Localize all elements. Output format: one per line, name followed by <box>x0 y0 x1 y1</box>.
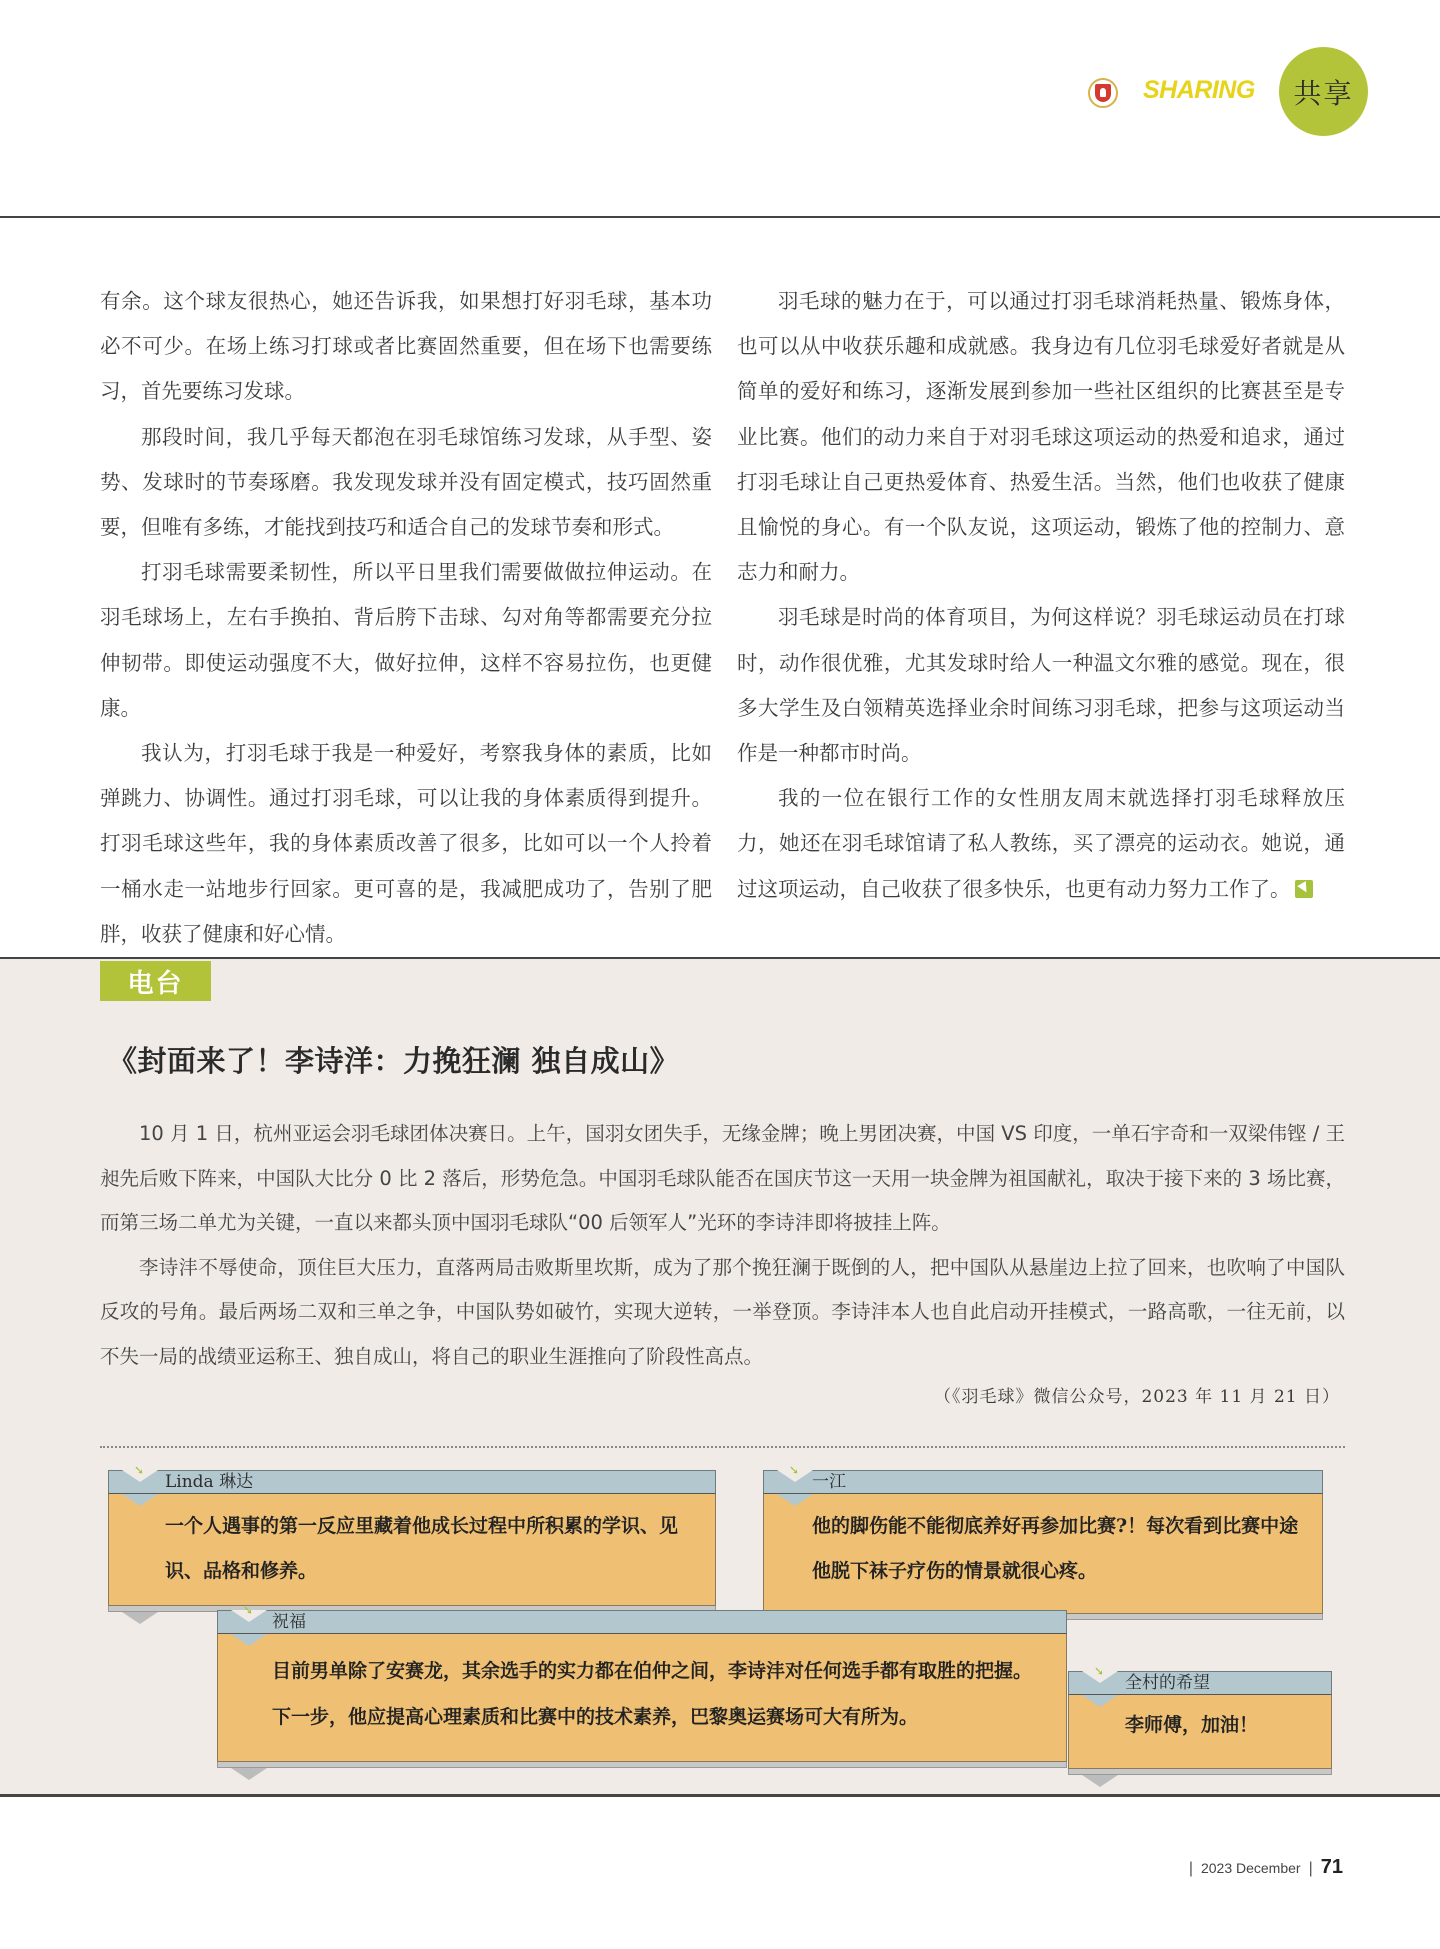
radio-title: 《封面来了！李诗洋：力挽狂澜 独自成山》 <box>108 1039 679 1080</box>
paragraph: 10 月 1 日，杭州亚运会羽毛球团体决赛日。上午，国羽女团失手，无缘金牌；晚上… <box>100 1112 1345 1246</box>
paragraph: 羽毛球是时尚的体育项目，为何这样说？羽毛球运动员在打球时，动作很优雅，尤其发球时… <box>737 595 1345 776</box>
notch-decoration <box>122 1612 158 1624</box>
radio-source: （《羽毛球》微信公众号，2023 年 11 月 21 日） <box>934 1382 1340 1407</box>
notch-decoration <box>1082 1695 1118 1707</box>
comment-body: 一个人遇事的第一反应里藏着他成长过程中所积累的学识、见识、品格和修养。 <box>108 1494 716 1606</box>
comment-card: 一江 ➘ 他的脚伤能不能彻底养好再参加比赛?！每次看到比赛中途他脱下袜子疗伤的情… <box>763 1470 1323 1620</box>
comment-header: 祝福 <box>217 1610 1067 1634</box>
radio-tag: 电台 <box>100 961 211 1001</box>
section-label-en: SHARING <box>1143 76 1255 105</box>
dotted-divider <box>100 1446 1345 1448</box>
comment-card: 祝福 ➘ 目前男单除了安赛龙，其余选手的实力都在伯仲之间，李诗沣对任何选手都有取… <box>217 1610 1067 1768</box>
card-shadow <box>217 1762 1067 1768</box>
arrow-icon: ➘ <box>134 1465 144 1475</box>
comment-header: 一江 <box>763 1470 1323 1494</box>
footer-separator: | <box>1189 1860 1193 1878</box>
comment-author: 一江 <box>812 1471 846 1493</box>
footer-date: 2023 December <box>1201 1860 1301 1876</box>
notch-decoration <box>231 1634 267 1646</box>
page-number: 71 <box>1321 1856 1343 1879</box>
article-left-column: 有余。这个球友很热心，她还告诉我，如果想打好羽毛球，基本功必不可少。在场上练习打… <box>100 279 712 957</box>
paragraph: 李诗沣不辱使命，顶住巨大压力，直落两局击败斯里坎斯，成为了那个挽狂澜于既倒的人，… <box>100 1246 1345 1380</box>
article-right-column: 羽毛球的魅力在于，可以通过打羽毛球消耗热量、锻炼身体，也可以从中收获乐趣和成就感… <box>737 279 1345 912</box>
page-footer: | 2023 December | 71 <box>1189 1856 1343 1879</box>
paragraph: 我认为，打羽毛球于我是一种爱好，考察我身体的素质，比如弹跳力、协调性。通过打羽毛… <box>100 731 712 957</box>
notch-decoration <box>777 1494 813 1506</box>
paragraph-last: 我的一位在银行工作的女性朋友周末就选择打羽毛球释放压力，她还在羽毛球馆请了私人教… <box>737 776 1345 912</box>
comment-author: 全村的希望 <box>1125 1672 1210 1694</box>
paragraph: 打羽毛球需要柔韧性，所以平日里我们需要做做拉伸运动。在羽毛球场上，左右手换拍、背… <box>100 550 712 731</box>
notch-decoration <box>231 1768 267 1780</box>
arrow-icon: ➘ <box>243 1605 253 1615</box>
paragraph: 那段时间，我几乎每天都泡在羽毛球馆练习发球，从手型、姿势、发球时的节奏琢磨。我发… <box>100 415 712 551</box>
radio-section: 电台 《封面来了！李诗洋：力挽狂澜 独自成山》 10 月 1 日，杭州亚运会羽毛… <box>0 957 1440 1797</box>
comment-body: 目前男单除了安赛龙，其余选手的实力都在伯仲之间，李诗沣对任何选手都有取胜的把握。… <box>217 1634 1067 1762</box>
paragraph: 有余。这个球友很热心，她还告诉我，如果想打好羽毛球，基本功必不可少。在场上练习打… <box>100 279 712 415</box>
arrow-icon: ➘ <box>789 1465 799 1475</box>
section-badge: 共享 <box>1279 47 1368 136</box>
comment-author: 祝福 <box>272 1611 306 1633</box>
comment-author: Linda 琳达 <box>165 1471 253 1493</box>
comment-header: Linda 琳达 <box>108 1470 716 1494</box>
arrow-icon: ➘ <box>1094 1666 1104 1676</box>
shuttlecock-icon <box>1295 880 1313 898</box>
paragraph-text: 我的一位在银行工作的女性朋友周末就选择打羽毛球释放压力，她还在羽毛球馆请了私人教… <box>737 786 1345 900</box>
comment-card: 全村的希望 ➘ 李师傅，加油！ <box>1068 1671 1332 1775</box>
footer-separator: | <box>1309 1860 1313 1878</box>
paragraph: 羽毛球的魅力在于，可以通过打羽毛球消耗热量、锻炼身体，也可以从中收获乐趣和成就感… <box>737 279 1345 595</box>
notch-decoration <box>1082 1775 1118 1787</box>
radio-body: 10 月 1 日，杭州亚运会羽毛球团体决赛日。上午，国羽女团失手，无缘金牌；晚上… <box>100 1112 1345 1379</box>
association-logo-icon <box>1088 78 1118 108</box>
header-divider <box>0 216 1440 218</box>
notch-decoration <box>122 1494 158 1506</box>
comment-card: Linda 琳达 ➘ 一个人遇事的第一反应里藏着他成长过程中所积累的学识、见识、… <box>108 1470 716 1612</box>
comment-body: 他的脚伤能不能彻底养好再参加比赛?！每次看到比赛中途他脱下袜子疗伤的情景就很心疼… <box>763 1494 1323 1614</box>
